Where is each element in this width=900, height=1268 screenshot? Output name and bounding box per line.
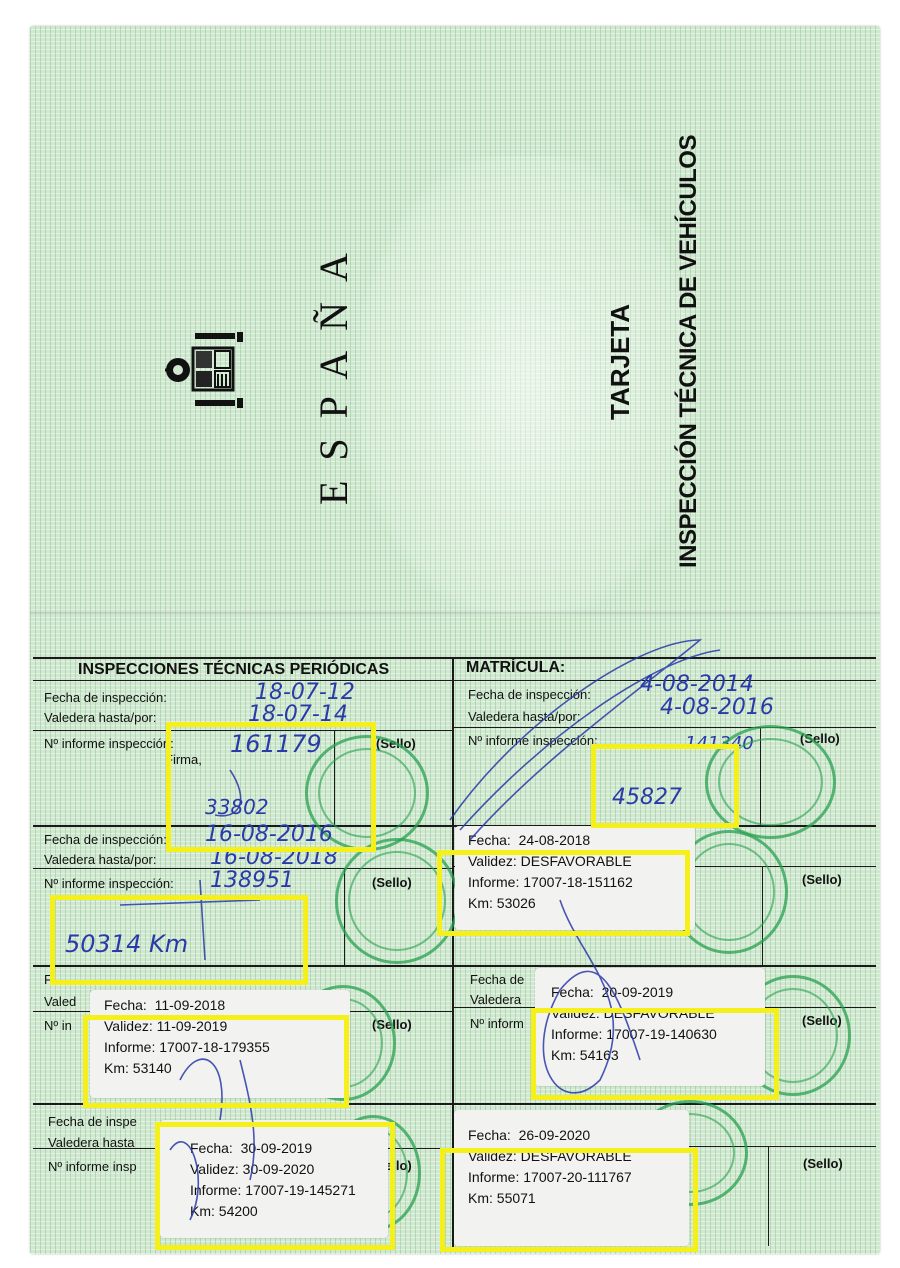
sticker-fecha: 11-09-2018 (155, 997, 226, 1013)
valedera-label: Valedera hasta/por: (44, 852, 157, 867)
highlight-box (50, 895, 308, 985)
highlight-box (440, 1148, 698, 1252)
watermark-emblem (360, 156, 690, 616)
inner-line (453, 727, 876, 728)
fecha-label: Fecha de inspección: (44, 690, 167, 705)
highlight-box (531, 1008, 779, 1100)
highlight-box (166, 722, 376, 852)
valedera-label: Valedera hasta/por: (468, 709, 581, 724)
highlight-box (437, 850, 690, 936)
informe-label: Nº informe inspección: (468, 733, 598, 748)
table-top-border (33, 657, 876, 659)
country-title: ESPAÑA (310, 233, 357, 505)
sello-divider (768, 1146, 769, 1246)
informe-label: Nº informe inspección: (44, 876, 174, 891)
handwritten-fecha: 4-08-2014 (640, 672, 754, 697)
spain-coat-of-arms-icon (163, 330, 253, 410)
fold-line (30, 612, 880, 614)
card-subtitle: INSPECCIÓN TÉCNICA DE VEHÍCULOS (675, 135, 703, 568)
valedera-label: Valedera hasta/por: (44, 710, 157, 725)
sticker-fecha: 24-08-2018 (519, 832, 591, 848)
informe-label: Nº informe inspección: (44, 736, 174, 751)
periodic-inspections-header: INSPECCIONES TÉCNICAS PERIÓDICAS (78, 661, 389, 679)
handwritten-valedera: 4-08-2016 (660, 695, 774, 720)
sticker-fecha: 26-09-2020 (519, 1127, 591, 1143)
fecha-label: Fecha de inspección: (44, 832, 167, 847)
highlight-box (155, 1122, 395, 1250)
handwritten-informe: 138951 (210, 868, 294, 893)
highlight-box (83, 1015, 349, 1108)
card-title: TARJETA (605, 304, 636, 420)
fecha-label: Fecha de inspección: (468, 687, 591, 702)
sello-label: (Sello) (802, 872, 842, 887)
plate-header: MATRÍCULA: (466, 659, 565, 677)
sticker-fecha: 20-09-2019 (602, 984, 674, 1000)
sello-label: (Sello) (803, 1156, 843, 1171)
highlight-box (591, 744, 739, 828)
